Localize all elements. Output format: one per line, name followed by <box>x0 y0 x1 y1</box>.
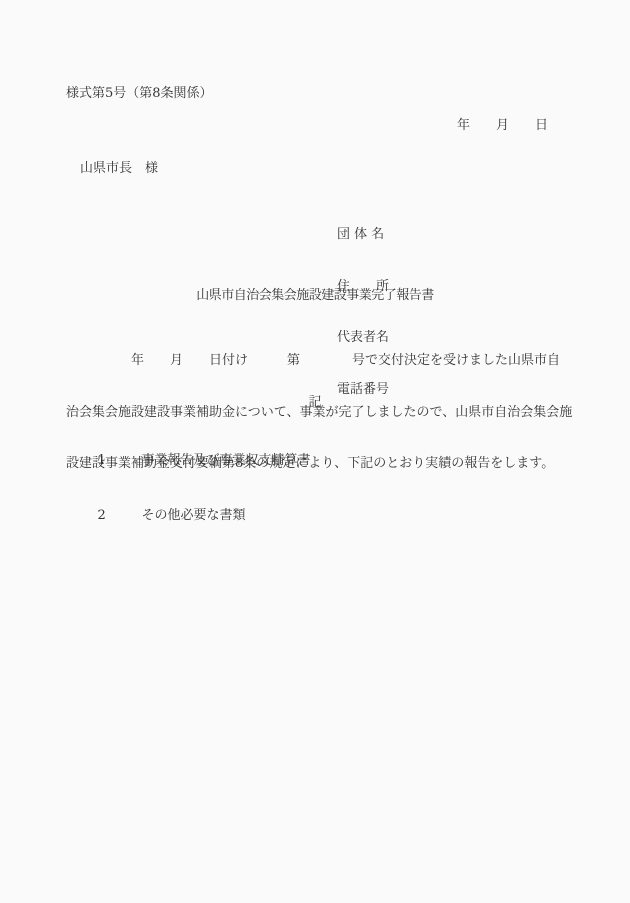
document-page: 様式第5号（第8条関係） 年 月 日 山県市長 様 団 体 名 住 所 代表者名… <box>0 0 630 903</box>
item-text: 事業報告及び事業収支精算書 <box>142 453 311 468</box>
addressee: 山県市長 様 <box>80 157 158 176</box>
signature-field-organization-name: 団 体 名 <box>337 224 389 246</box>
item-number: 2 <box>98 508 142 523</box>
record-marker: 記 <box>0 391 630 410</box>
form-number: 様式第5号（第8条関係） <box>66 82 213 101</box>
item-text: その他必要な書類 <box>142 508 246 523</box>
attachment-item: 2その他必要な書類 <box>81 489 246 538</box>
attachment-item: 1事業報告及び事業収支精算書 <box>81 434 311 483</box>
item-number: 1 <box>98 453 142 468</box>
document-title: 山県市自治会集会施設建設事業完了報告書 <box>0 284 630 303</box>
date-line: 年 月 日 <box>457 114 548 133</box>
body-line: 年 月 日付け 第 号で交付決定を受けました山県市自 <box>66 350 568 372</box>
